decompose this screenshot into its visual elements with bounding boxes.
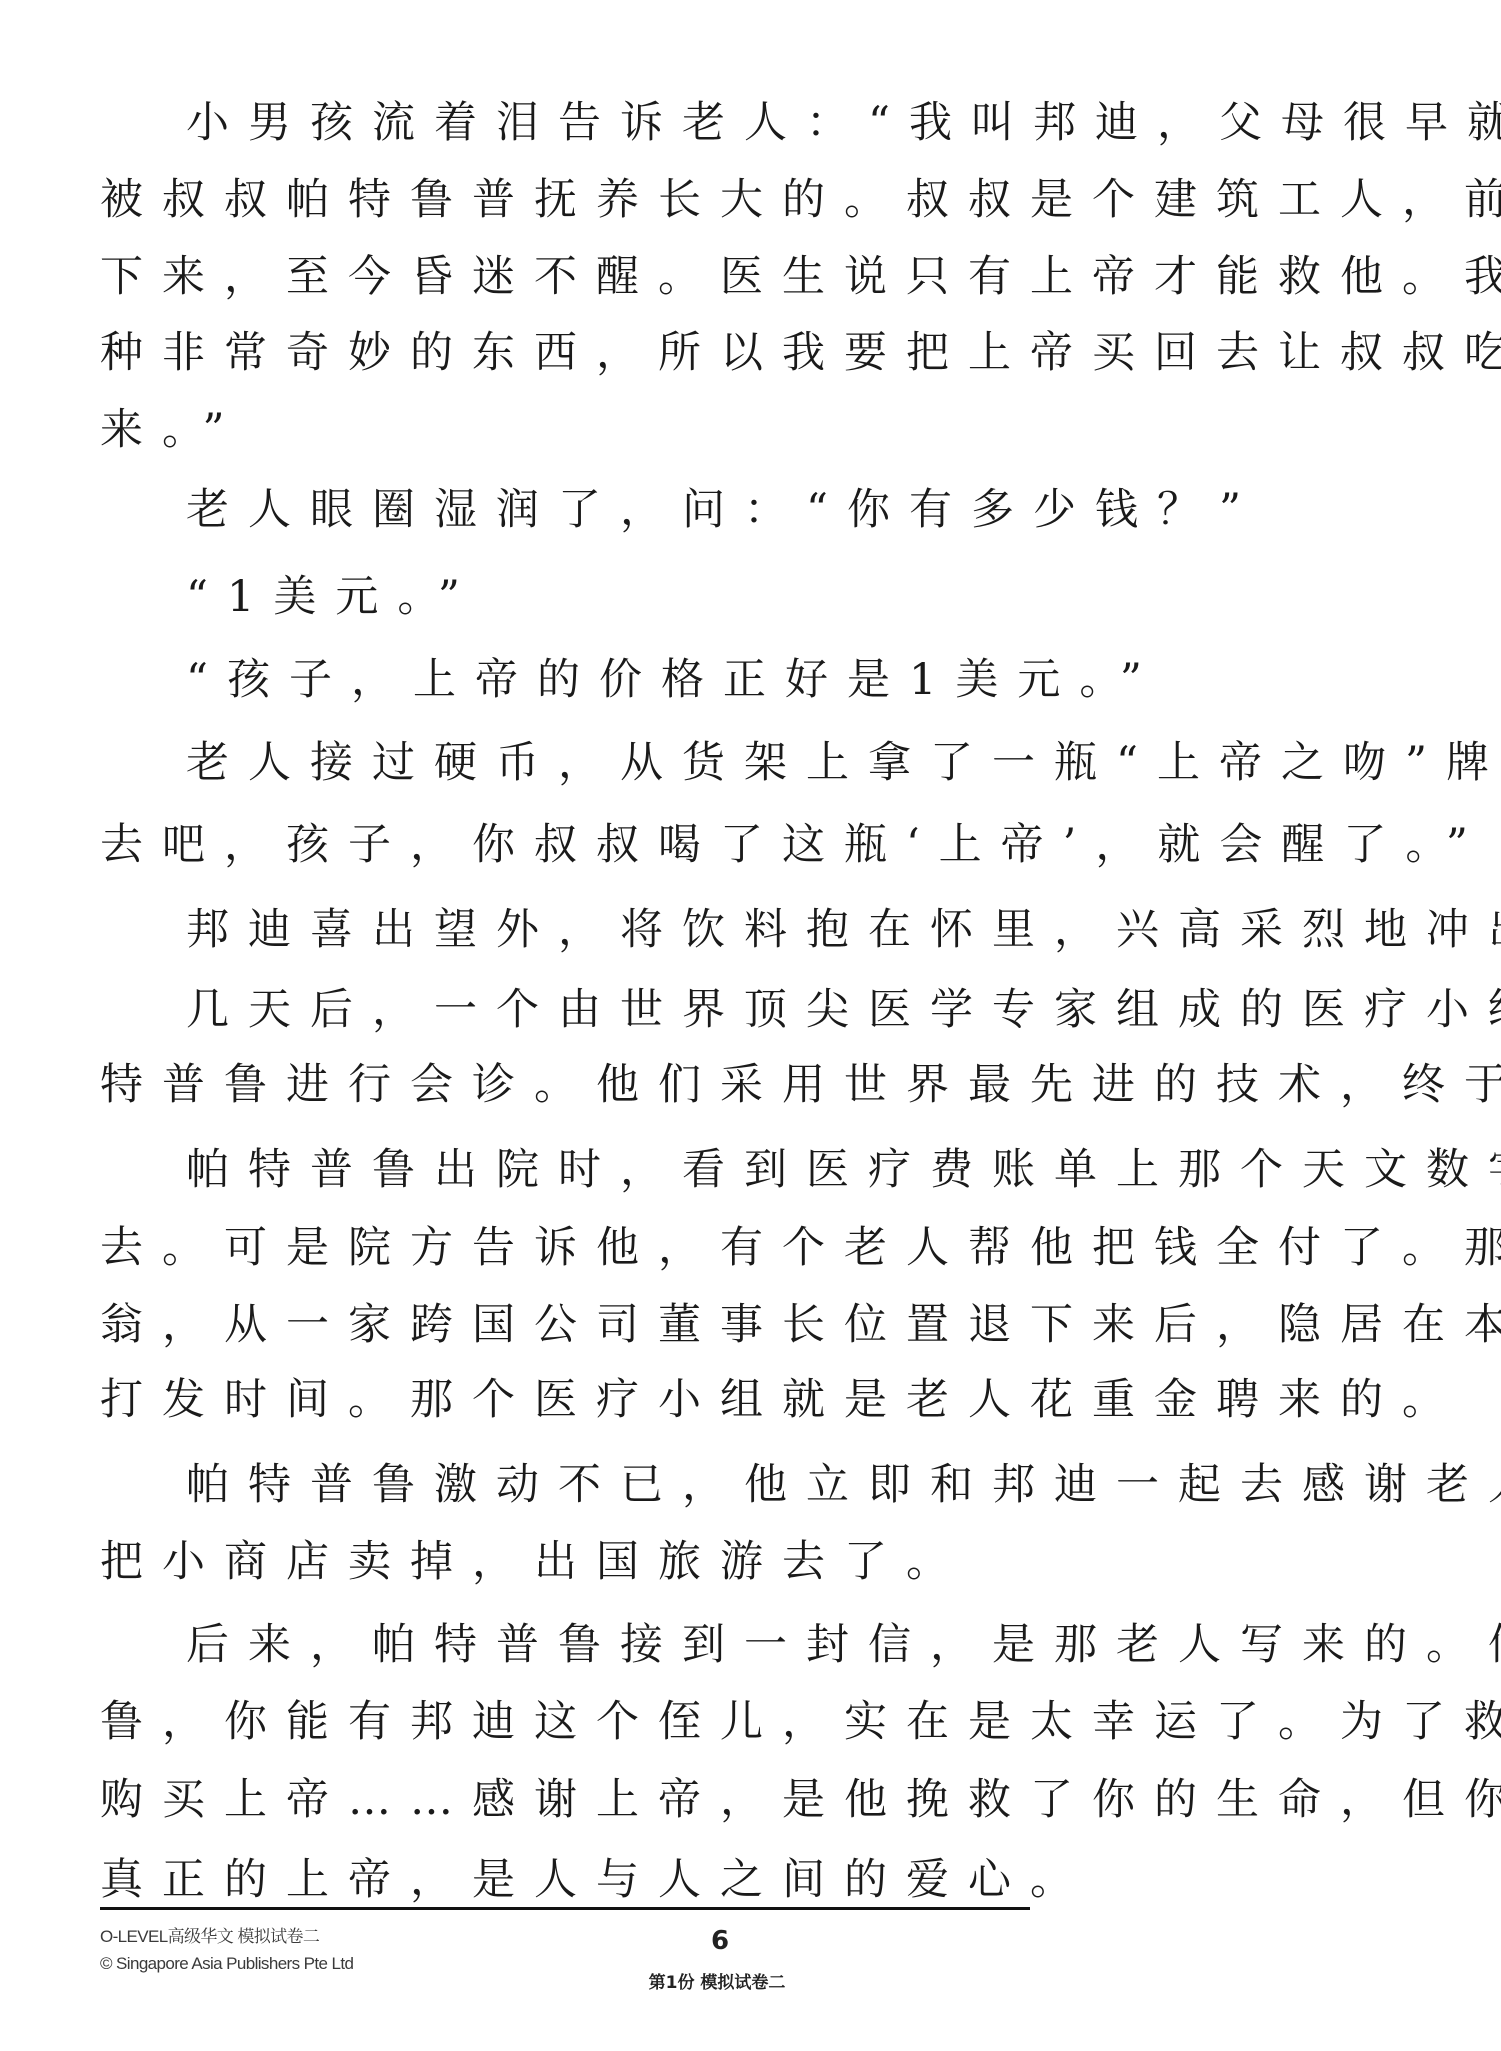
- section-label: 第1份 模拟试卷二: [0, 1968, 1434, 1993]
- passage-line: 老人接过硬币，从货架上拿了一瓶“上帝之吻”牌饮料，说：“拿: [186, 735, 1446, 791]
- passage-line: 帕特普鲁激动不已，他立即和邦迪一起去感谢老人，可是老人已经: [186, 1457, 1446, 1513]
- passage-line: 被叔叔帕特鲁普抚养长大的。叔叔是个建筑工人，前不久从支架上摔了: [100, 172, 1360, 228]
- passage-line: 后来，帕特普鲁接到一封信，是那老人写来的。信中说：帕特普: [186, 1617, 1446, 1673]
- passage-line: 老人眼圈湿润了，问：“你有多少钱？”: [186, 482, 1446, 538]
- underlined-phrase: 真正的上帝，是人与人之间的爱心: [100, 1855, 1030, 1910]
- passage-line: 小男孩流着泪告诉老人：“我叫邦迪，父母很早就去世了。我是: [186, 95, 1446, 151]
- passage-line: 去吧，孩子，你叔叔喝了这瓶‘上帝’，就会醒了。”: [100, 817, 1360, 873]
- passage-line-final: 真正的上帝，是人与人之间的爱心。: [100, 1852, 1360, 1908]
- final-punctuation: 。: [1030, 1855, 1092, 1905]
- passage-line: 把小商店卖掉，出国旅游去了。: [100, 1534, 1360, 1590]
- passage-line: 购买上帝……感谢上帝，是他挽救了你的生命，但你一定要永远记住，: [100, 1772, 1360, 1828]
- passage-line: 鲁，你能有邦迪这个侄儿，实在是太幸运了。为了救你，他拿1美元到处: [100, 1694, 1360, 1750]
- passage-line: 打发时间。那个医疗小组就是老人花重金聘来的。: [100, 1372, 1360, 1428]
- passage-line: 特普鲁进行会诊。他们采用世界最先进的技术，终于治好了帕特普鲁。: [100, 1057, 1360, 1113]
- passage-line: 几天后，一个由世界顶尖医学专家组成的医疗小组来到医院，对帕: [186, 982, 1446, 1038]
- passage-line: 种非常奇妙的东西，所以我要把上帝买回去让叔叔吃，叔叔就会好起: [100, 325, 1360, 381]
- passage-line: 下来，至今昏迷不醒。医生说只有上帝才能救他。我想，上帝一定是一: [100, 249, 1360, 305]
- page-number: 6: [0, 1926, 1440, 1956]
- passage-line: “1美元。”: [186, 569, 1446, 625]
- passage-line: 来。”: [100, 402, 1360, 458]
- passage-line: 翁，从一家跨国公司董事长位置退下来后，隐居在本市，开了家小商店: [100, 1297, 1360, 1353]
- passage-line: 去。可是院方告诉他，有个老人帮他把钱全付了。那老人是个亿万富: [100, 1220, 1360, 1276]
- passage-line: 邦迪喜出望外，将饮料抱在怀里，兴高采烈地冲出了商店。: [186, 902, 1446, 958]
- passage-line: 帕特普鲁出院时，看到医疗费账单上那个天文数字，差点吓昏过: [186, 1142, 1446, 1198]
- document-page: 小男孩流着泪告诉老人：“我叫邦迪，父母很早就去世了。我是被叔叔帕特鲁普抚养长大的…: [0, 0, 1501, 2051]
- passage-line: “孩子，上帝的价格正好是1美元。”: [186, 652, 1446, 708]
